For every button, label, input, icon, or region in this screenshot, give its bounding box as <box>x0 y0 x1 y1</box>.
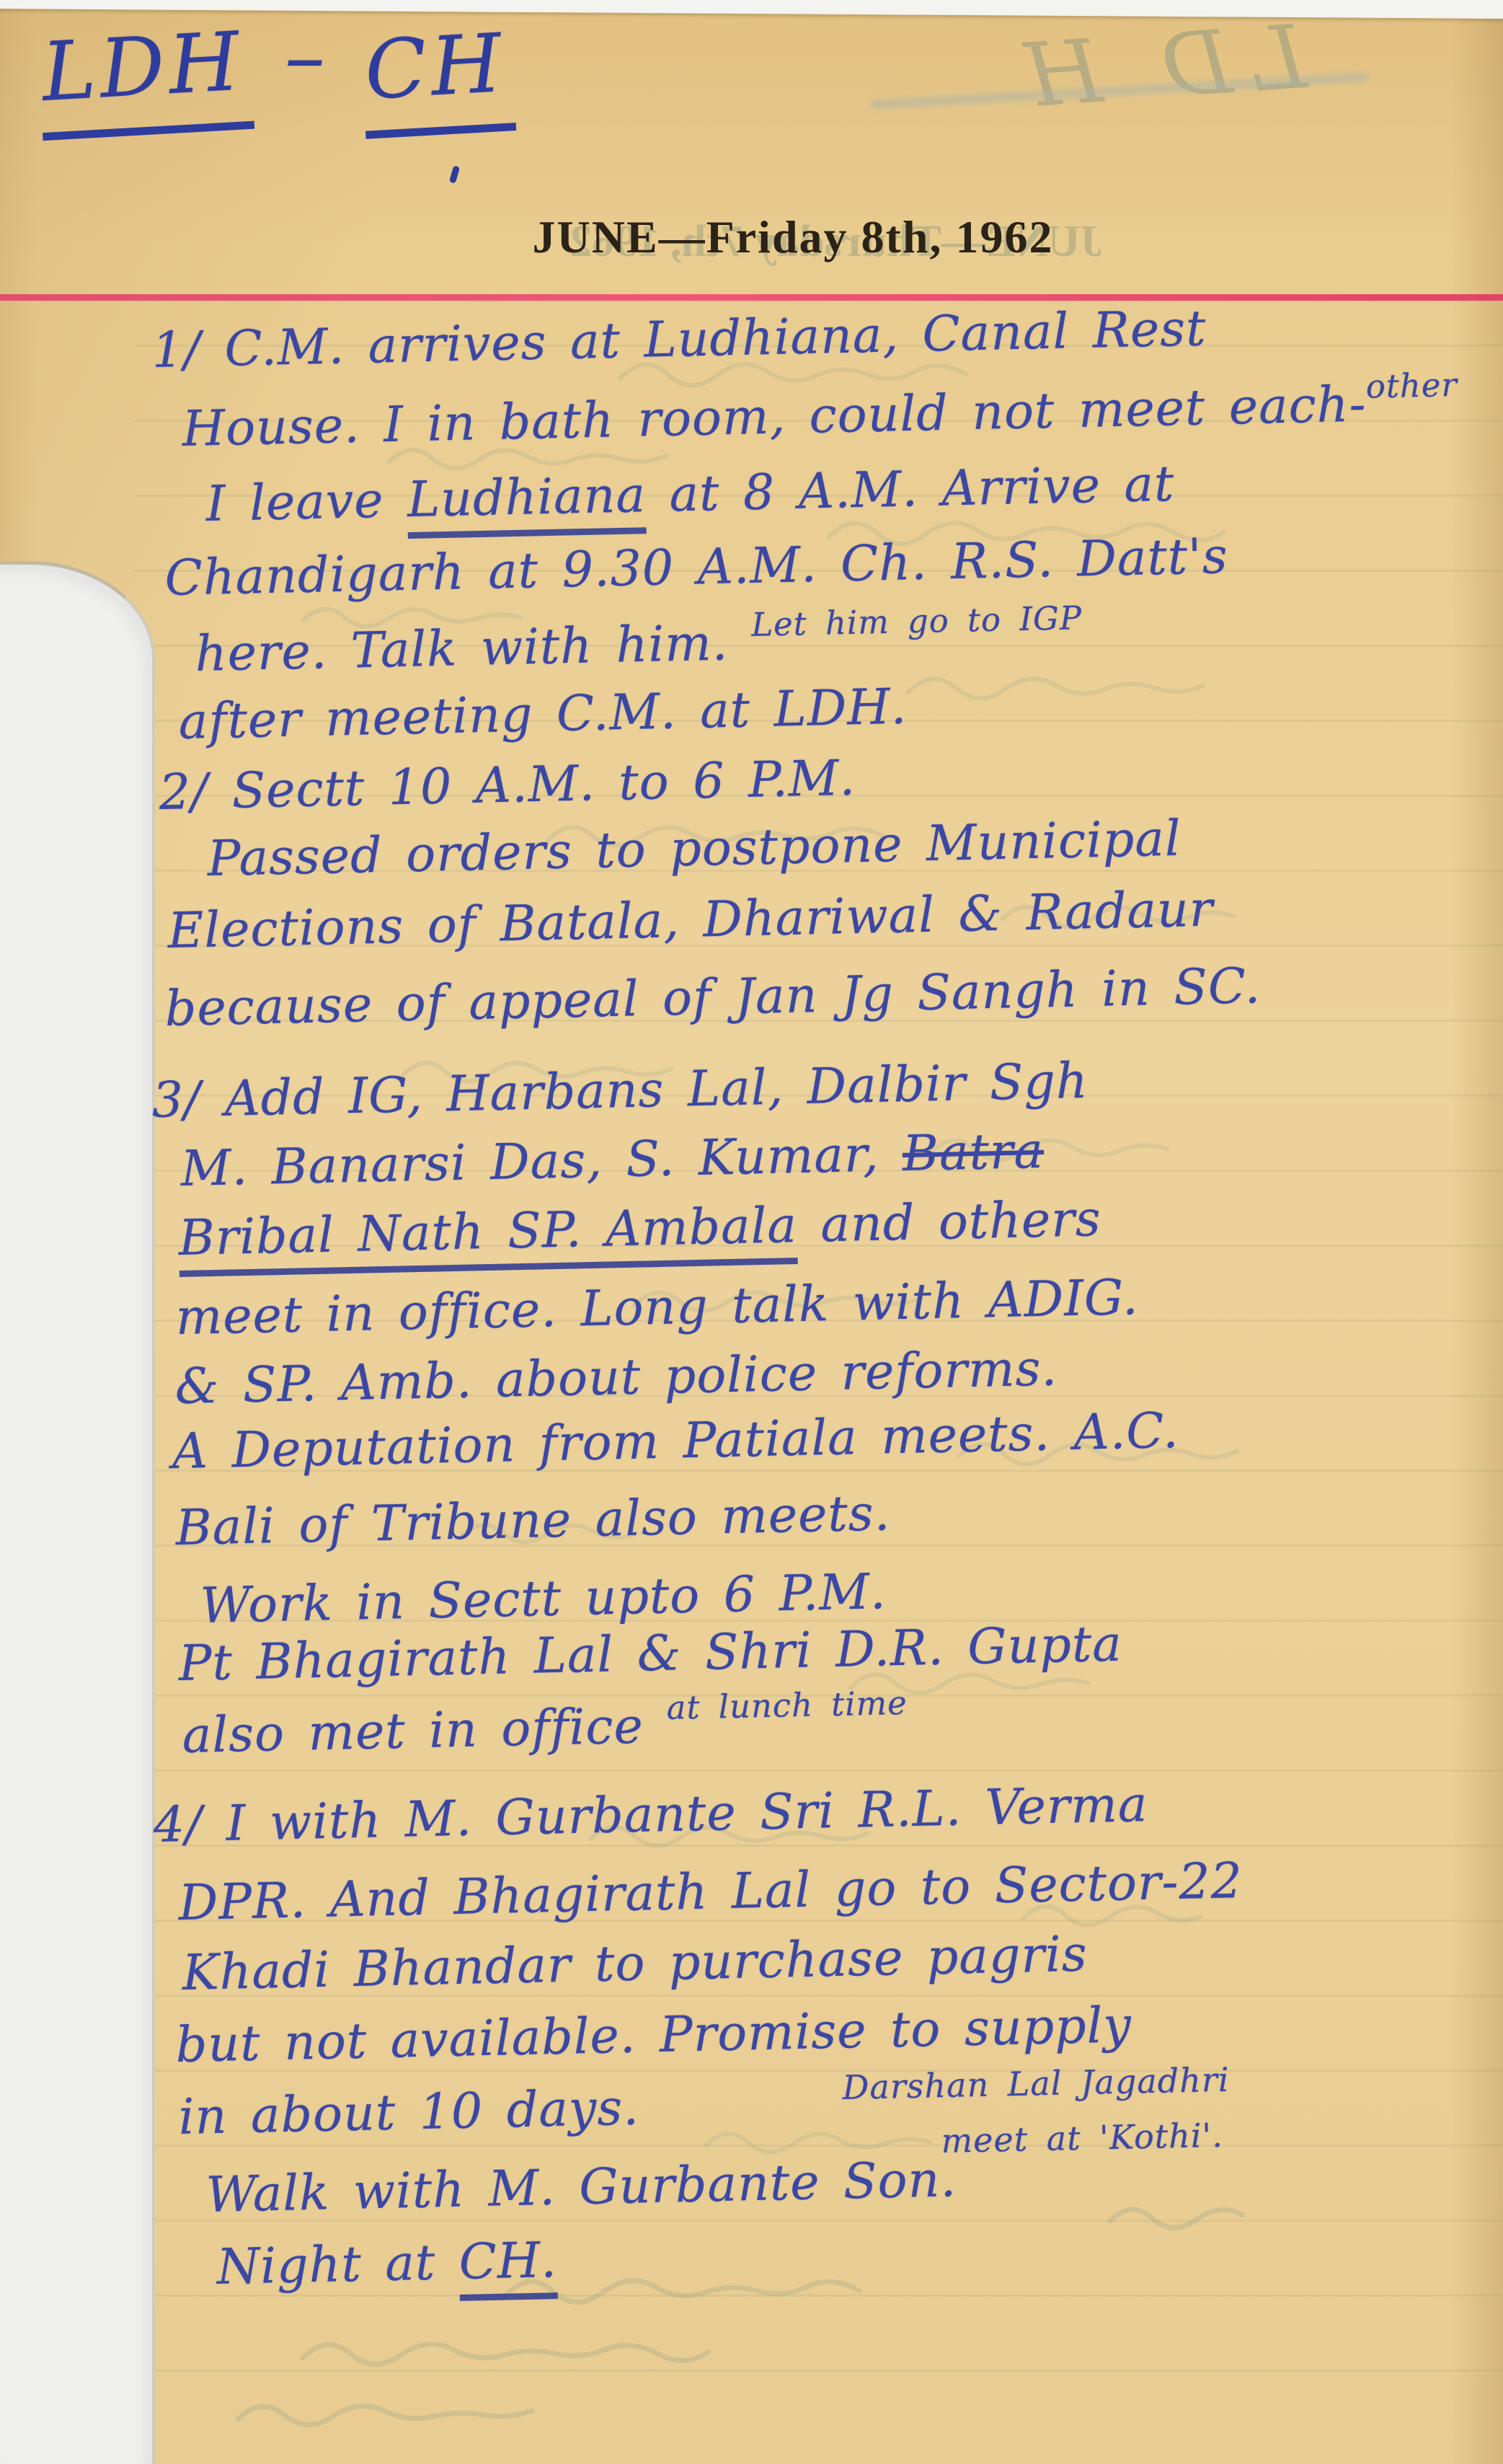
diary-line-segment: also met in office <box>182 1697 668 1765</box>
diary-line: Bali of Tribune also meets. <box>175 1485 891 1557</box>
diary-line-segment: Bribal Nath SP. Ambala <box>178 1197 798 1277</box>
diary-line: Khadi Bhandar to purchase pagris <box>182 1926 1088 2002</box>
diary-line-segment: A Deputation from Patiala meets. A.C. <box>172 1403 1179 1480</box>
diary-line: A Deputation from Patiala meets. A.C. <box>172 1403 1179 1480</box>
diary-line: Darshan Lal Jagadhri <box>842 2060 1230 2107</box>
diary-line-segment: & SP. Amb. about police reforms. <box>174 1340 1058 1416</box>
diary-line-segment: Batra <box>902 1123 1045 1183</box>
diary-line: here. Talk with him. Let him go to IGP <box>195 607 1083 683</box>
diary-line-segment: at 8 A.M. Arrive at <box>645 456 1175 524</box>
diary-line-segment: Night at <box>216 2234 460 2296</box>
diary-line-segment: 4/ I with M. Gurbante Sri R.L. Verma <box>153 1776 1148 1854</box>
diary-line: Chandigarh at 9.30 A.M. Ch. R.S. Datt's <box>164 528 1228 607</box>
diary-line: Walk with M. Gurbante Son. <box>205 2151 957 2224</box>
diary-line-segment: after meeting C.M. at LDH. <box>178 679 908 751</box>
diary-line-segment: M. Banarsi Das, S. Kumar, <box>180 1126 903 1198</box>
diary-line-segment: 3/ Add IG, Harbans Lal, Dalbir Sgh <box>151 1053 1089 1129</box>
diary-line-segment: in about 10 days. <box>178 2080 640 2146</box>
diary-line: but not available. Promise to supply <box>175 1997 1132 2074</box>
diary-line-segment: other <box>1365 366 1458 406</box>
diary-line-segment: Let him go to IGP <box>751 599 1083 644</box>
diary-line: 1/ C.M. arrives at Ludhiana, Canal Rest <box>151 300 1207 379</box>
diary-line: meet at 'Kothi'. <box>941 2116 1223 2160</box>
diary-line: Bribal Nath SP. Ambala and others <box>178 1191 1101 1267</box>
diary-line-segment: 1/ C.M. arrives at Ludhiana, Canal Rest <box>151 300 1207 379</box>
diary-line: 3/ Add IG, Harbans Lal, Dalbir Sgh <box>151 1053 1089 1129</box>
diary-line: Passed orders to postpone Municipal <box>207 811 1181 888</box>
diary-scan-page: { "page": { "title_annotation": { "left"… <box>0 0 1503 2464</box>
diary-line-segment: Bali of Tribune also meets. <box>175 1485 891 1557</box>
diary-line: meet in office. Long talk with ADIG. <box>175 1269 1139 1346</box>
diary-line-segment: Elections of Batala, Dhariwal & Radaur <box>167 881 1214 960</box>
diary-line: I leave Ludhiana at 8 A.M. Arrive at <box>205 456 1175 533</box>
diary-line: Elections of Batala, Dhariwal & Radaur <box>167 881 1214 960</box>
diary-line-segment: and others <box>797 1191 1101 1254</box>
diary-line: because of appeal of Jan Jg Sangh in SC. <box>164 958 1262 1038</box>
diary-line: & SP. Amb. about police reforms. <box>174 1340 1058 1416</box>
diary-line: Night at CH. <box>216 2232 558 2296</box>
diary-line-segment: Passed orders to postpone Municipal <box>207 811 1181 888</box>
diary-line-segment: Walk with M. Gurbante Son. <box>205 2151 957 2224</box>
diary-line: DPR. And Bhagirath Lal go to Sector-22 <box>178 1853 1243 1932</box>
diary-line-segment: Ludhiana <box>407 467 647 539</box>
diary-line-segment: CH. <box>458 2232 558 2301</box>
diary-line-segment: Darshan Lal Jagadhri <box>842 2060 1230 2107</box>
diary-line: also met in office at lunch time <box>182 1692 908 1765</box>
diary-line-segment: meet at 'Kothi'. <box>941 2116 1223 2160</box>
diary-line-segment: House. I in bath room, could not meet ea… <box>182 376 1367 458</box>
diary-line-segment: here. Talk with him. <box>195 614 753 683</box>
diary-line-segment: 2/ Sectt 10 A.M. to 6 P.M. <box>159 750 856 821</box>
handwriting-layer: 1/ C.M. arrives at Ludhiana, Canal RestH… <box>0 0 1503 2464</box>
diary-line-segment: but not available. Promise to supply <box>175 1997 1132 2074</box>
diary-line-segment: DPR. And Bhagirath Lal go to Sector-22 <box>178 1853 1243 1932</box>
diary-line: 4/ I with M. Gurbante Sri R.L. Verma <box>153 1776 1148 1854</box>
diary-line: in about 10 days. <box>178 2080 640 2146</box>
diary-line: 2/ Sectt 10 A.M. to 6 P.M. <box>159 750 856 821</box>
diary-line-segment: Chandigarh at 9.30 A.M. Ch. R.S. Datt's <box>164 528 1228 607</box>
diary-line-segment: because of appeal of Jan Jg Sangh in SC. <box>164 958 1262 1038</box>
diary-line-segment: at lunch time <box>666 1684 908 1727</box>
diary-line-segment: I leave <box>205 472 408 533</box>
diary-line: House. I in bath room, could not meet ea… <box>182 374 1458 458</box>
diary-line: M. Banarsi Das, S. Kumar, Batra <box>180 1123 1045 1198</box>
diary-line-segment: Khadi Bhandar to purchase pagris <box>182 1926 1088 2002</box>
diary-line: after meeting C.M. at LDH. <box>178 679 908 751</box>
diary-line-segment: meet in office. Long talk with ADIG. <box>175 1269 1139 1346</box>
